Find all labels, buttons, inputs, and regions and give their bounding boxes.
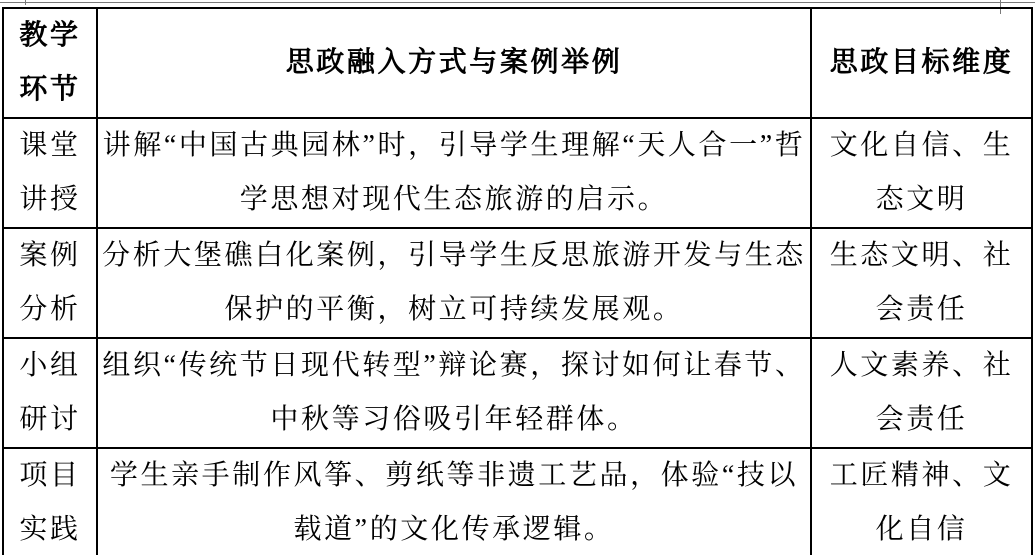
table-row: 课堂讲授 讲解“中国古典园林”时，引导学生理解“天人合一”哲学思想对现代生态旅游…: [3, 118, 1032, 228]
dimension-cell: 生态文明、社会责任: [811, 228, 1032, 338]
method-cell: 组织“传统节日现代转型”辩论赛，探讨如何让春节、中秋等习俗吸引年轻群体。: [97, 338, 811, 448]
top-crop-artifact-line: [0, 2, 1035, 3]
stage-cell: 课堂讲授: [3, 118, 97, 228]
column-header-integration-method: 思政融入方式与案例举例: [97, 8, 811, 118]
method-cell: 学生亲手制作风筝、剪纸等非遗工艺品，体验“技以载道”的文化传承逻辑。: [97, 448, 811, 555]
dimension-cell: 人文素养、社会责任: [811, 338, 1032, 448]
top-crop-artifact-tick-left: [25, 0, 26, 5]
ideology-integration-table: 教学环节 思政融入方式与案例举例 思政目标维度 课堂讲授 讲解“中国古典园林”时…: [2, 7, 1033, 555]
method-cell: 讲解“中国古典园林”时，引导学生理解“天人合一”哲学思想对现代生态旅游的启示。: [97, 118, 811, 228]
stage-cell: 案例分析: [3, 228, 97, 338]
stage-cell: 小组研讨: [3, 338, 97, 448]
method-cell: 分析大堡礁白化案例，引导学生反思旅游开发与生态保护的平衡，树立可持续发展观。: [97, 228, 811, 338]
table-row: 小组研讨 组织“传统节日现代转型”辩论赛，探讨如何让春节、中秋等习俗吸引年轻群体…: [3, 338, 1032, 448]
column-header-teaching-stage: 教学环节: [3, 8, 97, 118]
stage-cell: 项目实践: [3, 448, 97, 555]
column-header-target-dimension: 思政目标维度: [811, 8, 1032, 118]
table-header-row: 教学环节 思政融入方式与案例举例 思政目标维度: [3, 8, 1032, 118]
table-row: 项目实践 学生亲手制作风筝、剪纸等非遗工艺品，体验“技以载道”的文化传承逻辑。 …: [3, 448, 1032, 555]
dimension-cell: 工匠精神、文化自信: [811, 448, 1032, 555]
dimension-cell: 文化自信、生态文明: [811, 118, 1032, 228]
table-row: 案例分析 分析大堡礁白化案例，引导学生反思旅游开发与生态保护的平衡，树立可持续发…: [3, 228, 1032, 338]
